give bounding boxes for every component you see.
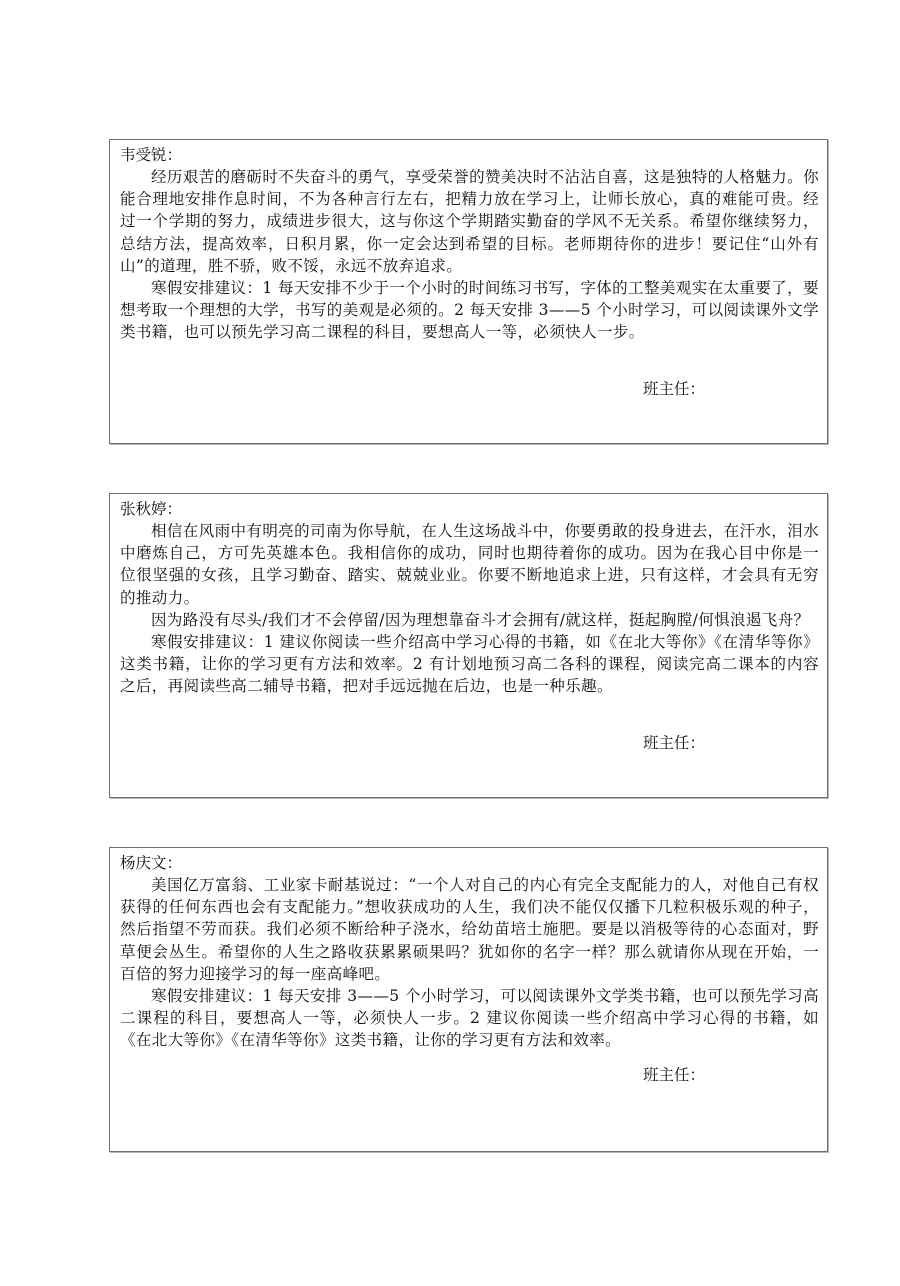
student-name: 杨庆文：	[120, 852, 819, 874]
teacher-signature-label: 班主任：	[643, 378, 705, 400]
holiday-suggestion: 寒假安排建议：1 建议你阅读一些介绍高中学习心得的书籍，如《在北大等你》《在清华…	[120, 631, 819, 698]
comment-box-3: 杨庆文： 美国亿万富翁、工业家卡耐基说过：“一个人对自己的内心有完全支配能力的人…	[109, 847, 828, 1152]
teacher-signature-label: 班主任：	[643, 732, 705, 754]
teacher-signature-label: 班主任：	[643, 1064, 705, 1086]
comment-paragraph: 经历艰苦的磨砺时不失奋斗的勇气，享受荣誉的赞美决时不沾沾自喜，这是独特的人格魅力…	[120, 166, 819, 277]
comment-paragraph: 相信在风雨中有明亮的司南为你导航，在人生这场战斗中，你要勇敢的投身进去，在汗水，…	[120, 520, 819, 609]
comment-box-2: 张秋婷： 相信在风雨中有明亮的司南为你导航，在人生这场战斗中，你要勇敢的投身进去…	[109, 493, 828, 798]
poem-paragraph: 因为路没有尽头/我们才不会停留/因为理想靠奋斗才会拥有/就这样，挺起胸膛/何惧浪…	[120, 609, 819, 631]
holiday-suggestion: 寒假安排建议：1 每天安排 3——5 个小时学习，可以阅读课外文学类书籍，也可以…	[120, 985, 819, 1052]
student-name: 韦受锐：	[120, 144, 819, 166]
student-name: 张秋婷：	[120, 498, 819, 520]
comment-box-1: 韦受锐： 经历艰苦的磨砺时不失奋斗的勇气，享受荣誉的赞美决时不沾沾自喜，这是独特…	[109, 139, 828, 444]
comment-paragraph: 美国亿万富翁、工业家卡耐基说过：“一个人对自己的内心有完全支配能力的人，对他自己…	[120, 874, 819, 985]
holiday-suggestion: 寒假安排建议：1 每天安排不少于一个小时的时间练习书写，字体的工整美观实在太重要…	[120, 277, 819, 344]
